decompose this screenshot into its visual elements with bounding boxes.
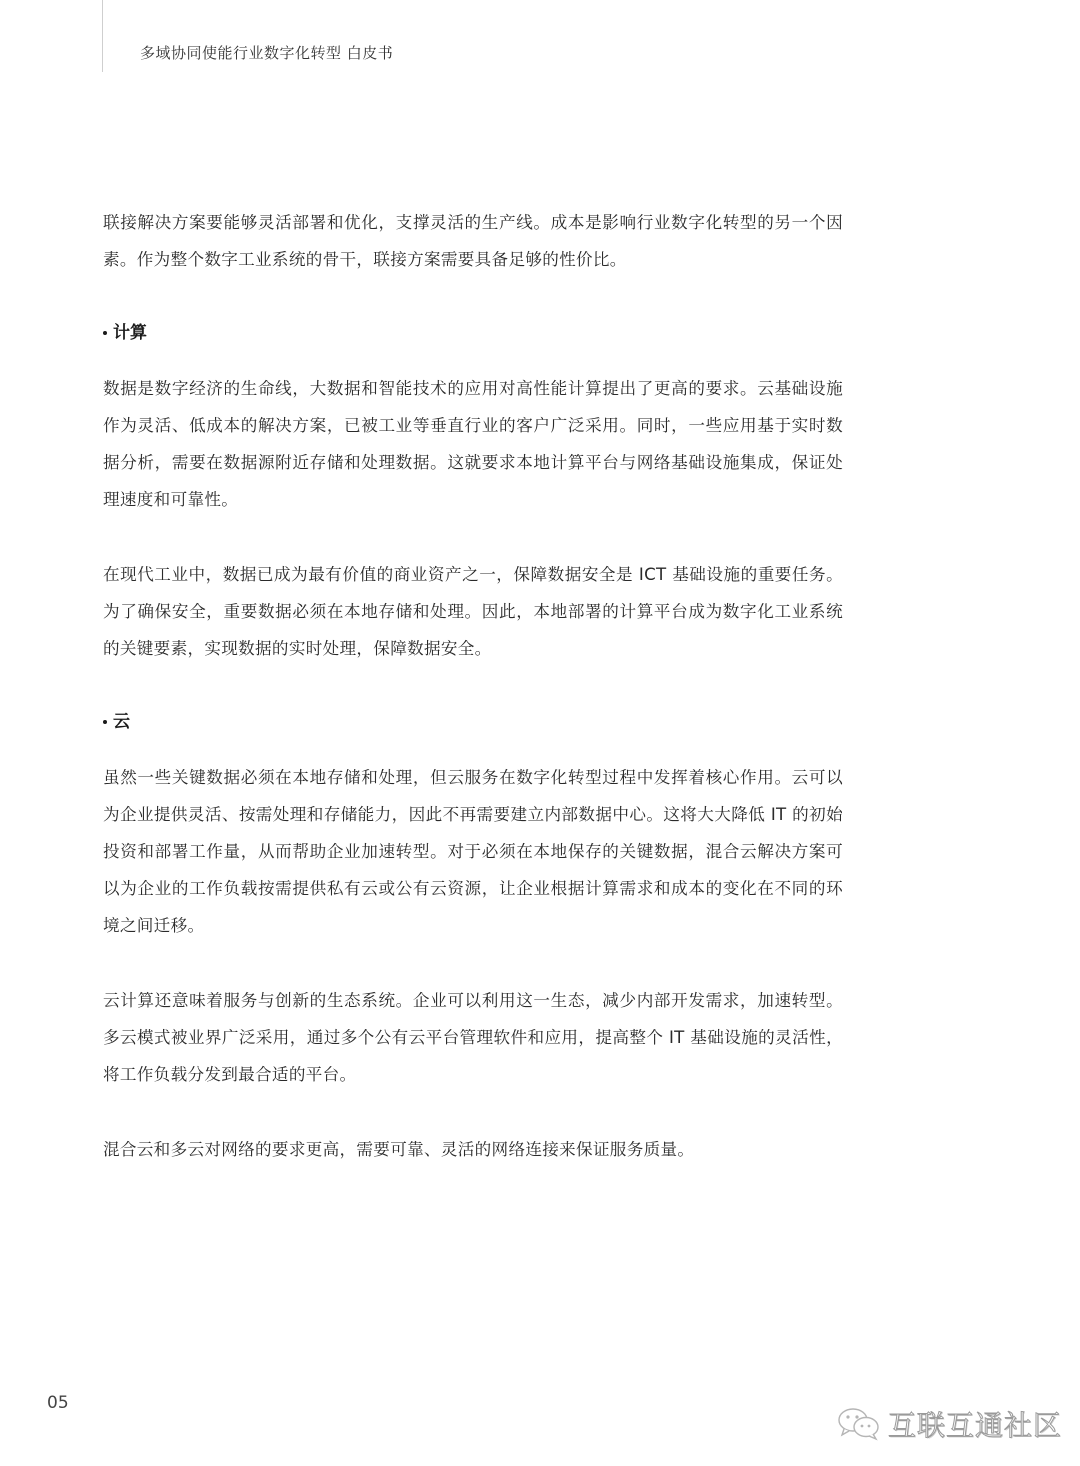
- cloud-paragraph-3: 混合云和多云对网络的要求更高，需要可靠、灵活的网络连接来保证服务质量。: [103, 1131, 843, 1168]
- watermark-text: 互联互通社区: [888, 1404, 1062, 1444]
- section-heading-label: 计算: [113, 318, 147, 348]
- page-content: 联接解决方案要能够灵活部署和优化，支撑灵活的生产线。成本是影响行业数字化转型的另…: [103, 204, 843, 1168]
- watermark: 互联互通社区: [836, 1404, 1062, 1444]
- intro-paragraph: 联接解决方案要能够灵活部署和优化，支撑灵活的生产线。成本是影响行业数字化转型的另…: [103, 204, 843, 278]
- page-number: 05: [47, 1393, 69, 1413]
- section-heading-compute: 计算: [103, 318, 843, 348]
- section-heading-label: 云: [113, 707, 130, 737]
- compute-paragraph-2: 在现代工业中，数据已成为最有价值的商业资产之一，保障数据安全是 ICT 基础设施…: [103, 556, 843, 667]
- compute-paragraph-1: 数据是数字经济的生命线，大数据和智能技术的应用对高性能计算提出了更高的要求。云基…: [103, 370, 843, 518]
- cloud-paragraph-1: 虽然一些关键数据必须在本地存储和处理，但云服务在数字化转型过程中发挥着核心作用。…: [103, 759, 843, 944]
- document-title: 多域协同使能行业数字化转型 白皮书: [140, 42, 393, 63]
- header-divider: [102, 0, 103, 72]
- bullet-icon: [103, 720, 107, 724]
- section-heading-cloud: 云: [103, 707, 843, 737]
- bullet-icon: [103, 331, 107, 335]
- wechat-icon: [836, 1407, 882, 1441]
- cloud-paragraph-2: 云计算还意味着服务与创新的生态系统。企业可以利用这一生态，减少内部开发需求，加速…: [103, 982, 843, 1093]
